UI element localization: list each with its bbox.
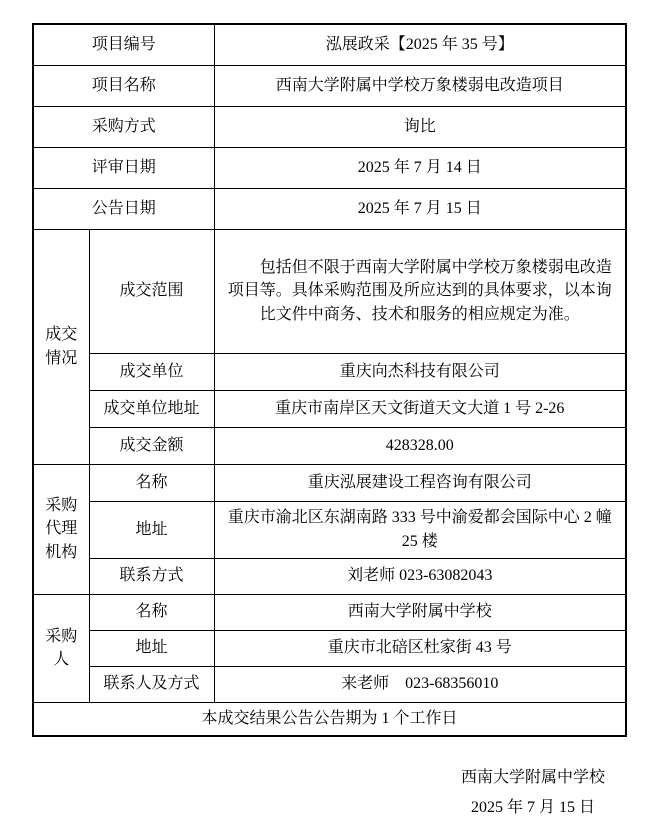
table-row-buyer-name: 采购 人 名称 西南大学附属中学校 <box>33 594 626 630</box>
row-value-review-date: 2025 年 7 月 14 日 <box>214 147 626 188</box>
group-label-buyer: 采购 人 <box>33 594 89 702</box>
row-label-winning-supplier: 成交单位 <box>89 353 214 390</box>
table-row-agency-address: 地址 重庆市渝北区东湖南路 333 号中渝爱都会国际中心 2 幢 25 楼 <box>33 501 626 558</box>
row-value-deal-amount: 428328.00 <box>214 427 626 464</box>
table-row-winning-supplier: 成交单位 重庆向杰科技有限公司 <box>33 353 626 390</box>
row-value-agency-name: 重庆泓展建设工程咨询有限公司 <box>214 464 626 501</box>
table-row-project-number: 项目编号 泓展政采【2025 年 35 号】 <box>33 24 626 65</box>
table-row-review-date: 评审日期 2025 年 7 月 14 日 <box>33 147 626 188</box>
table-row-agency-contact: 联系方式 刘老师 023-63082043 <box>33 558 626 594</box>
row-value-winning-supplier: 重庆向杰科技有限公司 <box>214 353 626 390</box>
row-label-deal-scope: 成交范围 <box>89 229 214 353</box>
row-label-buyer-address: 地址 <box>89 630 214 666</box>
table-row-announcement-date: 公告日期 2025 年 7 月 15 日 <box>33 188 626 229</box>
row-value-agency-contact: 刘老师 023-63082043 <box>214 558 626 594</box>
table-row-deal-scope: 成交 情况 成交范围 包括但不限于西南大学附属中学校万象楼弱电改造项目等。具体采… <box>33 229 626 353</box>
row-value-buyer-contact: 来老师 023-68356010 <box>214 666 626 702</box>
row-value-deal-scope: 包括但不限于西南大学附属中学校万象楼弱电改造项目等。具体采购范围及所应达到的具体… <box>214 229 626 353</box>
row-value-agency-address: 重庆市渝北区东湖南路 333 号中渝爱都会国际中心 2 幢 25 楼 <box>214 501 626 558</box>
row-label-project-number: 项目编号 <box>33 24 214 65</box>
row-label-buyer-name: 名称 <box>89 594 214 630</box>
row-label-project-name: 项目名称 <box>33 65 214 106</box>
row-value-project-number: 泓展政采【2025 年 35 号】 <box>214 24 626 65</box>
table-row-project-name: 项目名称 西南大学附属中学校万象楼弱电改造项目 <box>33 65 626 106</box>
row-label-procurement-method: 采购方式 <box>33 106 214 147</box>
table-row-agency-name: 采购 代理 机构 名称 重庆泓展建设工程咨询有限公司 <box>33 464 626 501</box>
announcement-period-note: 本成交结果公告公告期为 1 个工作日 <box>33 702 626 736</box>
signature-date: 2025 年 7 月 15 日 <box>461 793 605 823</box>
row-label-announcement-date: 公告日期 <box>33 188 214 229</box>
table-row-buyer-address: 地址 重庆市北碚区杜家街 43 号 <box>33 630 626 666</box>
row-label-review-date: 评审日期 <box>33 147 214 188</box>
table-row-buyer-contact: 联系人及方式 来老师 023-68356010 <box>33 666 626 702</box>
group-label-deal-info: 成交 情况 <box>33 229 89 464</box>
row-value-supplier-address: 重庆市南岸区天文街道天文大道 1 号 2-26 <box>214 390 626 427</box>
announcement-page: 项目编号 泓展政采【2025 年 35 号】 项目名称 西南大学附属中学校万象楼… <box>0 0 649 832</box>
row-value-announcement-date: 2025 年 7 月 15 日 <box>214 188 626 229</box>
table-row-announcement-period: 本成交结果公告公告期为 1 个工作日 <box>33 702 626 736</box>
table-row-supplier-address: 成交单位地址 重庆市南岸区天文街道天文大道 1 号 2-26 <box>33 390 626 427</box>
row-label-agency-address: 地址 <box>89 501 214 558</box>
row-value-buyer-address: 重庆市北碚区杜家街 43 号 <box>214 630 626 666</box>
row-label-deal-amount: 成交金额 <box>89 427 214 464</box>
row-label-supplier-address: 成交单位地址 <box>89 390 214 427</box>
row-value-buyer-name: 西南大学附属中学校 <box>214 594 626 630</box>
award-result-table: 项目编号 泓展政采【2025 年 35 号】 项目名称 西南大学附属中学校万象楼… <box>32 23 627 737</box>
group-label-agency: 采购 代理 机构 <box>33 464 89 594</box>
row-label-buyer-contact: 联系人及方式 <box>89 666 214 702</box>
table-row-deal-amount: 成交金额 428328.00 <box>33 427 626 464</box>
row-label-agency-contact: 联系方式 <box>89 558 214 594</box>
row-label-agency-name: 名称 <box>89 464 214 501</box>
table-row-procurement-method: 采购方式 询比 <box>33 106 626 147</box>
row-value-project-name: 西南大学附属中学校万象楼弱电改造项目 <box>214 65 626 106</box>
signature-block: 西南大学附属中学校 2025 年 7 月 15 日 <box>461 763 605 823</box>
row-value-procurement-method: 询比 <box>214 106 626 147</box>
signature-org: 西南大学附属中学校 <box>461 763 605 793</box>
